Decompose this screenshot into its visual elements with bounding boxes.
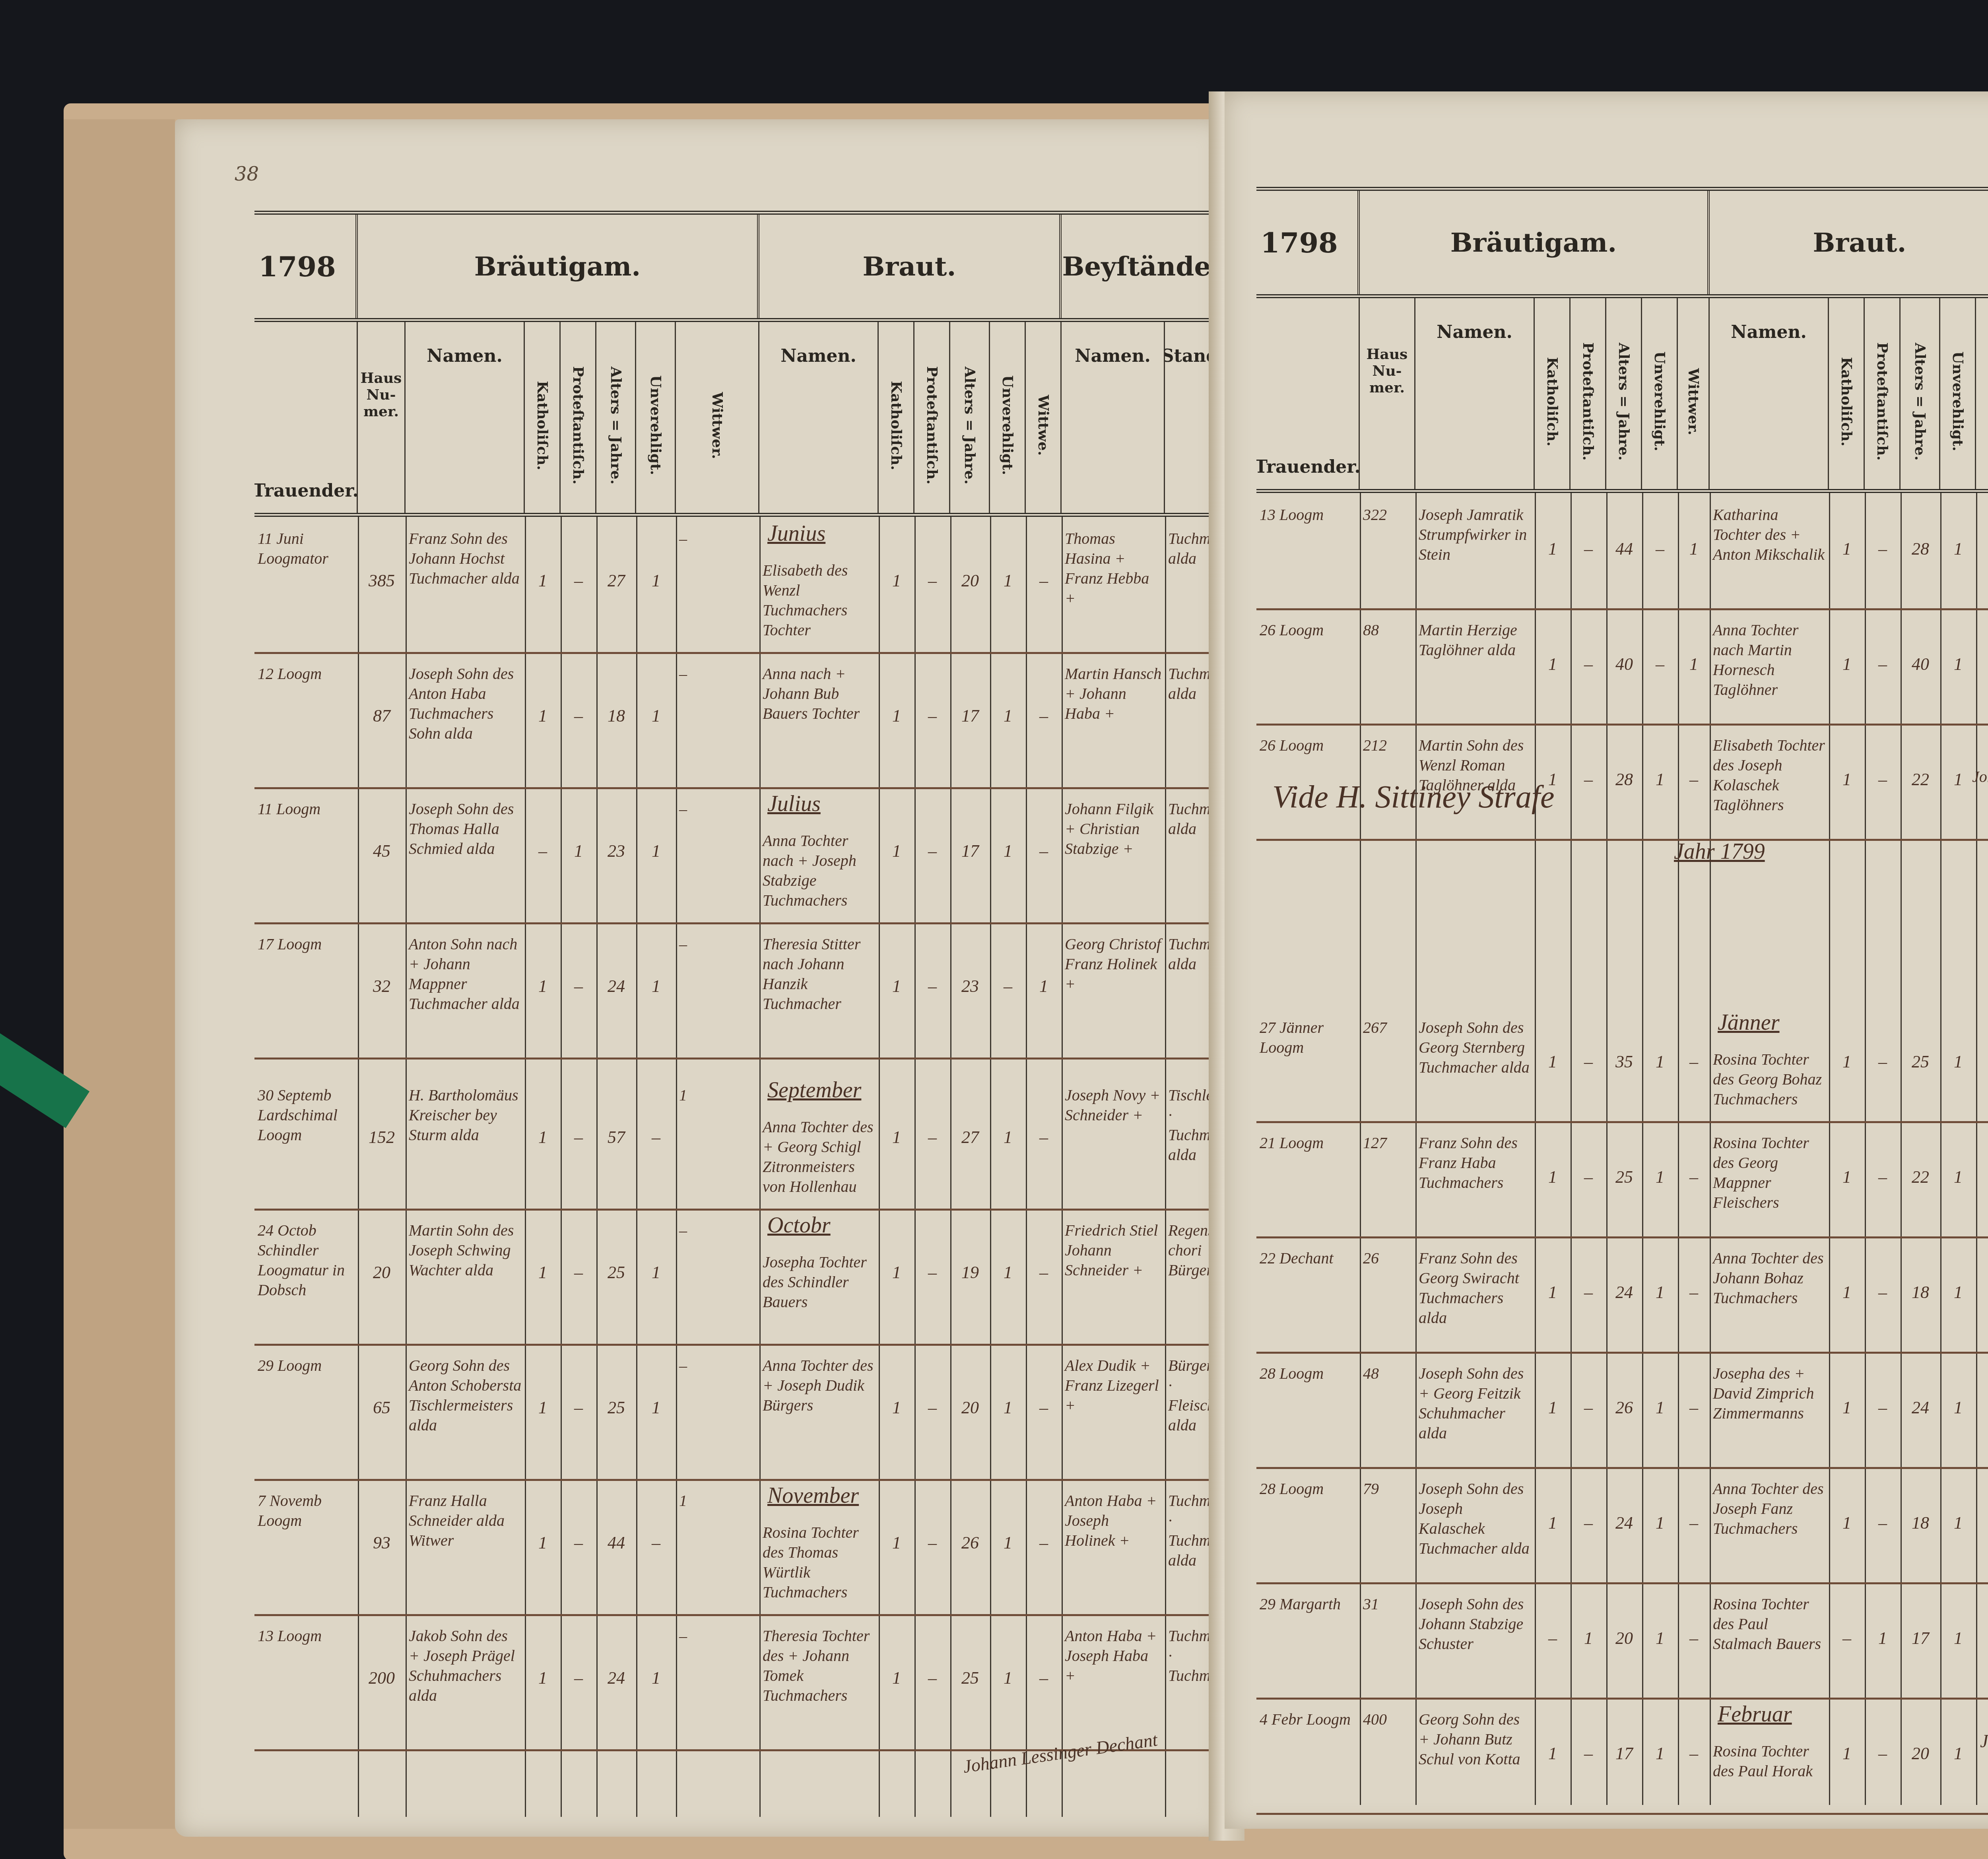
col-groom-widower: Wittwer. (676, 322, 759, 513)
col-bride-unmarried: Unverehligt. (1940, 298, 1976, 489)
entry-bride-widow: – (1979, 1283, 1988, 1302)
entry-groom-protestant: – (1574, 1744, 1603, 1764)
entry-bride-unmarried: 1 (993, 1398, 1023, 1418)
groom-header: Bräutigam. (1360, 191, 1710, 294)
signature-right: Johann Lessinger Dechant (1980, 1729, 1988, 1753)
entry-bride-age: 20 (953, 571, 987, 591)
table-row: 24 Octob Schindler Loogmatur in Dobsch20… (254, 1209, 1221, 1346)
entry-bride-protestant: – (918, 1127, 947, 1147)
entry-date: 30 Septemb Lardschimal Loogm (258, 1085, 355, 1145)
entry-groom-widower: 1 (1681, 654, 1706, 674)
entry-groom-protestant: – (564, 1533, 593, 1553)
col-groom-unmarried: Unverehligt. (1642, 298, 1678, 489)
entry-bride-name: Anna Tochter des + Georg Schigl Zitronme… (763, 1117, 876, 1197)
entry-bride-age: 23 (953, 976, 987, 996)
entry-date: 22 Dechant (1260, 1248, 1357, 1268)
month-heading: Februar (1718, 1702, 1792, 1727)
entry-bride-age: 27 (953, 1127, 987, 1147)
entry-bride-unmarried: 1 (1943, 539, 1973, 559)
entry-groom-age: 35 (1609, 1052, 1639, 1072)
entry-groom-catholic: 1 (528, 1398, 557, 1418)
month-heading: Octobr (767, 1213, 831, 1238)
entry-bride-widow: – (1979, 654, 1988, 674)
entry-groom-unmarried: 1 (639, 1668, 673, 1688)
entry-groom-widower: – (679, 529, 756, 549)
entry-house-number: 48 (1363, 1364, 1412, 1384)
entry-groom-unmarried: 1 (1645, 1283, 1675, 1302)
entry-groom-protestant: – (1574, 654, 1603, 674)
entry-groom-catholic: – (1538, 1628, 1567, 1648)
entry-bride-name: Anna Tochter des + Joseph Dudik Bürgers (763, 1356, 876, 1415)
witness-note: Johann Lessinger Dechant (1972, 767, 1988, 786)
entry-groom-protestant: – (564, 1398, 593, 1418)
entry-groom-name: Franz Sohn des Georg Swiracht Tuchmacher… (1419, 1248, 1532, 1328)
entry-groom-age: 23 (600, 841, 633, 861)
bride-header: Braut. (759, 215, 1062, 318)
entry-bride-protestant: – (918, 571, 947, 591)
entry-bride-unmarried: – (993, 976, 1023, 996)
entry-bride-catholic: 1 (1832, 770, 1862, 790)
entry-bride-unmarried: 1 (993, 1263, 1023, 1283)
entry-groom-catholic: 1 (528, 1127, 557, 1147)
entry-groom-catholic: 1 (528, 1263, 557, 1283)
entry-date: 13 Loogm (258, 1626, 355, 1646)
entry-bride-age: 19 (953, 1263, 987, 1283)
entry-witnesses: Anton Haba + Joseph Holinek + (1065, 1491, 1162, 1550)
entry-groom-age: 44 (600, 1533, 633, 1553)
entry-groom-age: 27 (600, 571, 633, 591)
entry-bride-name: Josepha Tochter des Schindler Bauers (763, 1252, 876, 1312)
entry-bride-name: Josepha des + David Zimprich Zimmermanns (1713, 1364, 1826, 1423)
entry-groom-name: H. Bartholomäus Kreischer bey Sturm alda (409, 1085, 522, 1145)
entry-bride-protestant: – (918, 1668, 947, 1688)
entry-date: 29 Margarth (1260, 1594, 1357, 1614)
entry-groom-catholic: 1 (1538, 1744, 1567, 1764)
entry-bride-widow: – (1029, 841, 1058, 861)
entry-bride-unmarried: 1 (1943, 1398, 1973, 1418)
subheader-row: Trauender. Haus Nu- mer. Namen. Katholiſ… (254, 322, 1221, 517)
entry-house-number: 88 (1363, 620, 1412, 640)
table-row: 26 Loogm88Martin Herzige Taglöhner alda1… (1256, 608, 1988, 726)
table-row: 11 Juni Loogmator385Franz Sohn des Johan… (254, 517, 1221, 654)
entry-groom-age: 24 (1609, 1283, 1639, 1302)
entry-groom-name: Joseph Sohn des Anton Haba Tuchmachers S… (409, 664, 522, 743)
entry-groom-unmarried: 1 (1645, 1628, 1675, 1648)
entry-groom-unmarried: 1 (1645, 1052, 1675, 1072)
entry-bride-catholic: 1 (882, 571, 911, 591)
entry-bride-widow: – (1979, 1052, 1988, 1072)
entry-groom-widower: – (1681, 1398, 1706, 1418)
register-body-right: 13 Loogm322Joseph Jamratik Strumpfwirker… (1256, 493, 1988, 1805)
entry-bride-name: Anna Tochter des Johann Bohaz Tuchmacher… (1713, 1248, 1826, 1308)
entry-date: 21 Loogm (1260, 1133, 1357, 1153)
col-groom-name: Namen. (406, 322, 525, 513)
entry-groom-widower: – (1681, 1744, 1706, 1764)
entry-groom-catholic: 1 (1538, 654, 1567, 674)
entry-bride-widow: – (1979, 539, 1988, 559)
entry-date: 11 Juni Loogmator (258, 529, 355, 569)
entry-bride-age: 40 (1904, 654, 1937, 674)
entry-bride-widow: – (1979, 1167, 1988, 1187)
groom-header: Bräutigam. (358, 215, 759, 318)
entry-groom-unmarried: 1 (639, 1398, 673, 1418)
entry-bride-widow: – (1979, 1513, 1988, 1533)
entry-groom-catholic: 1 (528, 976, 557, 996)
entry-groom-age: 25 (600, 1398, 633, 1418)
table-row: 22 Dechant26Franz Sohn des Georg Swirach… (1256, 1236, 1988, 1354)
entry-bride-age: 17 (953, 706, 987, 726)
entry-groom-name: Joseph Sohn des Joseph Kalaschek Tuchmac… (1419, 1479, 1532, 1558)
entry-bride-name: Anna Tochter nach + Joseph Stabzige Tuch… (763, 831, 876, 910)
entry-bride-protestant: – (918, 841, 947, 861)
entry-groom-widower: – (1681, 770, 1706, 790)
entry-bride-protestant: – (1868, 1398, 1897, 1418)
month-heading: September (767, 1077, 861, 1103)
table-row: 4 Febr Loogm400Georg Sohn des + Johann B… (1256, 1698, 1988, 1815)
entry-date: 17 Loogm (258, 934, 355, 954)
entry-bride-protestant: – (1868, 770, 1897, 790)
entry-groom-catholic: 1 (1538, 1398, 1567, 1418)
col-bride-catholic: Katholiſch. (879, 322, 914, 513)
entry-groom-widower: – (679, 1626, 756, 1646)
col-bride-protestant: Proteſtantiſch. (1865, 298, 1901, 489)
entry-groom-name: Joseph Sohn des Johann Stabzige Schuster (1419, 1594, 1532, 1654)
entry-house-number: 127 (1363, 1133, 1412, 1153)
year-label: 1798 (254, 215, 358, 318)
entry-groom-catholic: 1 (1538, 1283, 1567, 1302)
month-heading: Jänner (1718, 1010, 1780, 1035)
entry-bride-unmarried: 1 (1943, 1628, 1973, 1648)
col-groom-name: Namen. (1415, 298, 1535, 489)
entry-bride-age: 22 (1904, 770, 1937, 790)
entry-groom-name: Jakob Sohn des + Joseph Prägel Schuhmach… (409, 1626, 522, 1706)
entry-groom-widower: – (1681, 1052, 1706, 1072)
entry-date: 4 Febr Loogm (1260, 1710, 1357, 1729)
entry-bride-unmarried: 1 (993, 571, 1023, 591)
entry-bride-age: 20 (953, 1398, 987, 1418)
entry-bride-unmarried: 1 (993, 1533, 1023, 1553)
entry-bride-age: 26 (953, 1533, 987, 1553)
col-bride-age: Alters = Jahre. (1901, 298, 1940, 489)
entry-bride-name: Rosina Tochter des Paul Horak (1713, 1741, 1826, 1781)
entry-groom-catholic: 1 (528, 571, 557, 591)
entry-bride-widow: – (1029, 1398, 1058, 1418)
entry-groom-age: 20 (1609, 1628, 1639, 1648)
entry-groom-age: 25 (600, 1263, 633, 1283)
entry-bride-name: Anna nach + Johann Bub Bauers Tochter (763, 664, 876, 724)
entry-bride-protestant: – (918, 706, 947, 726)
entry-bride-age: 18 (1904, 1283, 1937, 1302)
entry-bride-catholic: 1 (1832, 1744, 1862, 1764)
entry-bride-age: 25 (1904, 1052, 1937, 1072)
entry-bride-unmarried: 1 (1943, 1744, 1973, 1764)
page-number-left: 38 (235, 163, 259, 185)
entry-house-number: 31 (1363, 1594, 1412, 1614)
register-table-left: 1798 Bräutigam. Braut. Beyſtände. Trauen… (254, 211, 1221, 1817)
entry-house-number: 79 (1363, 1479, 1412, 1499)
entry-groom-widower: – (679, 664, 756, 684)
entry-groom-widower: – (1681, 1628, 1706, 1648)
entry-date: 27 Jänner Loogm (1260, 1018, 1357, 1058)
entry-bride-unmarried: 1 (1943, 1167, 1973, 1187)
entry-witnesses: Johann Filgik + Christian Stabzige + (1065, 799, 1162, 859)
entry-bride-unmarried: 1 (1943, 1513, 1973, 1533)
header-row: 1798 Bräutigam. Braut. Beyſtände. (1256, 191, 1988, 298)
table-row: 21 Loogm127Franz Sohn des Franz Haba Tuc… (1256, 1121, 1988, 1238)
entry-groom-age: 24 (1609, 1513, 1639, 1533)
entry-groom-unmarried: 1 (1645, 1513, 1675, 1533)
entry-bride-catholic: 1 (1832, 1283, 1862, 1302)
entry-house-number: 400 (1363, 1710, 1412, 1729)
entry-date: 13 Loogm (1260, 505, 1357, 525)
entry-groom-widower: – (1681, 1167, 1706, 1187)
subheader-row: Trauender. Haus Nu- mer. Namen. Katholiſ… (1256, 298, 1988, 493)
table-row: 29 Margarth31Joseph Sohn des Johann Stab… (1256, 1582, 1988, 1700)
entry-groom-widower: – (1681, 1513, 1706, 1533)
year-label: 1798 (1256, 191, 1360, 294)
col-bride-name: Namen. (1710, 298, 1829, 489)
month-heading: Julius (767, 791, 821, 817)
entry-bride-widow: – (1979, 1398, 1988, 1418)
table-row: 11 Loogm45Joseph Sohn des Thomas Halla S… (254, 787, 1221, 924)
entry-bride-widow: – (1029, 1533, 1058, 1553)
entry-bride-unmarried: 1 (993, 841, 1023, 861)
register-body-left: 11 Juni Loogmator385Franz Sohn des Johan… (254, 517, 1221, 1817)
col-bride-widow: Wittwe. (1026, 322, 1062, 513)
entry-bride-protestant: – (1868, 1513, 1897, 1533)
entry-bride-unmarried: 1 (1943, 770, 1973, 790)
entry-groom-catholic: 1 (528, 1533, 557, 1553)
entry-house-number: 93 (361, 1533, 402, 1553)
entry-groom-unmarried: 1 (639, 976, 673, 996)
entry-bride-catholic: 1 (1832, 1052, 1862, 1072)
entry-groom-unmarried: 1 (1645, 1398, 1675, 1418)
table-row: 30 Septemb Lardschimal Loogm152H. Bartho… (254, 1073, 1221, 1211)
entry-bride-unmarried: 1 (993, 1127, 1023, 1147)
entry-bride-protestant: – (1868, 1283, 1897, 1302)
entry-bride-widow: – (1029, 1668, 1058, 1688)
entry-house-number: 212 (1363, 735, 1412, 755)
entry-groom-protestant: – (1574, 1167, 1603, 1187)
entry-groom-catholic: 1 (1538, 1052, 1567, 1072)
entry-witnesses: Thomas Hasina + Franz Hebba + (1065, 529, 1162, 608)
entry-witnesses: Martin Hansch + Johann Haba + (1065, 664, 1162, 724)
col-groom-age: Alters = Jahre. (1606, 298, 1642, 489)
entry-bride-name: Katharina Tochter des + Anton Mikschalik (1713, 505, 1826, 565)
entry-house-number: 45 (361, 841, 402, 861)
entry-bride-catholic: 1 (882, 1668, 911, 1688)
entry-bride-widow: – (1029, 571, 1058, 591)
entry-bride-age: 22 (1904, 1167, 1937, 1187)
table-row: 12 Loogm87Joseph Sohn des Anton Haba Tuc… (254, 652, 1221, 789)
year-break-note: Jahr 1799 (1674, 839, 1765, 864)
entry-groom-protestant: – (1574, 1283, 1603, 1302)
entry-groom-age: 24 (600, 976, 633, 996)
entry-bride-catholic: 1 (882, 976, 911, 996)
entry-witnesses: Friedrich Stiel Johann Schneider + (1065, 1221, 1162, 1280)
entry-witnesses: Alex Dudik + Franz Lizegerl + (1065, 1356, 1162, 1415)
entry-groom-name: Joseph Sohn des Georg Sternberg Tuchmach… (1419, 1018, 1532, 1077)
entry-bride-catholic: 1 (882, 706, 911, 726)
entry-date: 11 Loogm (258, 799, 355, 819)
table-row: 28 Loogm79Joseph Sohn des Joseph Kalasch… (1256, 1467, 1988, 1584)
entry-witnesses: Georg Christof Franz Holinek + (1065, 934, 1162, 994)
entry-bride-name: Rosina Tochter des Georg Bohaz Tuchmache… (1713, 1050, 1826, 1109)
entry-bride-catholic: 1 (882, 1127, 911, 1147)
entry-bride-age: 20 (1904, 1744, 1937, 1764)
entry-bride-name: Anna Tochter nach Martin Hornesch Taglöh… (1713, 620, 1826, 700)
entry-bride-catholic: 1 (1832, 1398, 1862, 1418)
left-page: 38 1798 Bräutigam. Braut. Beyſtände. Tra… (175, 119, 1225, 1837)
entry-groom-widower: 1 (1681, 539, 1706, 559)
entry-house-number: 200 (361, 1668, 402, 1688)
entry-groom-protestant: – (564, 1668, 593, 1688)
entry-bride-catholic: 1 (882, 841, 911, 861)
entry-bride-catholic: 1 (1832, 1167, 1862, 1187)
col-date: Trauender. (1256, 298, 1360, 489)
col-groom-catholic: Katholiſch. (525, 322, 561, 513)
entry-bride-name: Elisabeth des Wenzl Tuchmachers Tochter (763, 561, 876, 640)
entry-bride-protestant: – (918, 1263, 947, 1283)
entry-date: 29 Loogm (258, 1356, 355, 1376)
col-house: Haus Nu- mer. (1360, 298, 1415, 489)
entry-groom-age: 18 (600, 706, 633, 726)
entry-groom-name: Franz Sohn des Franz Haba Tuchmachers (1419, 1133, 1532, 1193)
entry-groom-age: 25 (1609, 1167, 1639, 1187)
table-row: 27 Jänner Loogm267Joseph Sohn des Georg … (1256, 1006, 1988, 1123)
entry-groom-age: 17 (1609, 1744, 1639, 1764)
entry-bride-widow: – (1029, 1127, 1058, 1147)
header-row: 1798 Bräutigam. Braut. Beyſtände. (254, 215, 1221, 322)
entry-bride-protestant: – (1868, 539, 1897, 559)
entry-bride-unmarried: 1 (993, 1668, 1023, 1688)
entry-bride-age: 17 (1904, 1628, 1937, 1648)
entry-bride-protestant: – (918, 1533, 947, 1553)
entry-bride-protestant: – (1868, 654, 1897, 674)
entry-bride-name: Rosina Tochter des Thomas Würtlik Tuchma… (763, 1523, 876, 1602)
entry-bride-widow: – (1979, 1628, 1988, 1648)
entry-groom-name: Georg Sohn des + Johann Butz Schul von K… (1419, 1710, 1532, 1769)
entry-house-number: 32 (361, 976, 402, 996)
entry-date: 26 Loogm (1260, 620, 1357, 640)
col-groom-age: Alters = Jahre. (596, 322, 636, 513)
entry-bride-protestant: – (1868, 1167, 1897, 1187)
entry-groom-unmarried: 1 (1645, 1167, 1675, 1187)
entry-bride-protestant: – (1868, 1052, 1897, 1072)
col-bride-age: Alters = Jahre. (950, 322, 990, 513)
entry-groom-catholic: 1 (528, 706, 557, 726)
entry-witnesses: Anton Haba + Joseph Haba + (1065, 1626, 1162, 1686)
entry-groom-name: Martin Herzige Taglöhner alda (1419, 620, 1532, 660)
entry-groom-protestant: – (1574, 1052, 1603, 1072)
entry-bride-name: Anna Tochter des Joseph Fanz Tuchmachers (1713, 1479, 1826, 1539)
col-groom-catholic: Katholiſch. (1535, 298, 1571, 489)
entry-groom-age: 26 (1609, 1398, 1639, 1418)
entry-bride-unmarried: 1 (1943, 1052, 1973, 1072)
table-row: 7 Novemb Loogm93Franz Halla Schneider al… (254, 1479, 1221, 1616)
entry-groom-widower: – (1681, 1283, 1706, 1302)
entry-date: 28 Loogm (1260, 1479, 1357, 1499)
month-heading: November (767, 1483, 859, 1508)
entry-groom-age: 40 (1609, 654, 1639, 674)
entry-bride-protestant: – (1868, 1744, 1897, 1764)
entry-bride-widow: 1 (1029, 976, 1058, 996)
col-groom-protestant: Proteſtantiſch. (1571, 298, 1606, 489)
entry-groom-unmarried: 1 (639, 841, 673, 861)
entry-bride-age: 24 (1904, 1398, 1937, 1418)
entry-house-number: 20 (361, 1263, 402, 1283)
table-row: 28 Loogm48Joseph Sohn des + Georg Feitzi… (1256, 1352, 1988, 1469)
table-row: 13 Loogm200Jakob Sohn des + Joseph Präge… (254, 1614, 1221, 1751)
entry-groom-name: Georg Sohn des Anton Schobersta Tischler… (409, 1356, 522, 1435)
month-heading: Junius (767, 521, 825, 546)
entry-groom-widower: 1 (679, 1491, 756, 1511)
entry-groom-protestant: – (1574, 1513, 1603, 1533)
col-bride-widow: Wittwe. (1976, 298, 1988, 489)
entry-date: 12 Loogm (258, 664, 355, 684)
entry-groom-widower: 1 (679, 1085, 756, 1105)
entry-bride-age: 17 (953, 841, 987, 861)
right-page: 39 1798 Bräutigam. Braut. Beyſtände. Tra… (1225, 91, 1988, 1829)
entry-groom-unmarried: 1 (1645, 1744, 1675, 1764)
col-bride-name: Namen. (759, 322, 879, 513)
entry-groom-unmarried: 1 (1645, 770, 1675, 790)
entry-bride-catholic: 1 (882, 1398, 911, 1418)
col-date: Trauender. (254, 322, 358, 513)
entry-groom-unmarried: 1 (639, 706, 673, 726)
entry-witnesses: Joseph Novy + Schneider + (1065, 1085, 1162, 1125)
entry-groom-name: Joseph Sohn des Thomas Halla Schmied ald… (409, 799, 522, 859)
entry-date: 7 Novemb Loogm (258, 1491, 355, 1531)
entry-bride-protestant: 1 (1868, 1628, 1897, 1648)
entry-bride-name: Elisabeth Tochter des Joseph Kolaschek T… (1713, 735, 1826, 815)
entry-bride-catholic: 1 (1832, 654, 1862, 674)
entry-groom-name: Joseph Sohn des + Georg Feitzik Schuhmac… (1419, 1364, 1532, 1443)
col-house: Haus Nu- mer. (358, 322, 406, 513)
entry-bride-unmarried: 1 (1943, 654, 1973, 674)
entry-bride-widow: – (1029, 1263, 1058, 1283)
entry-groom-protestant: 1 (564, 841, 593, 861)
entry-date: 28 Loogm (1260, 1364, 1357, 1384)
col-bride-catholic: Katholiſch. (1829, 298, 1865, 489)
entry-groom-protestant: 1 (1574, 1628, 1603, 1648)
entry-bride-name: Theresia Stitter nach Johann Hanzik Tuch… (763, 934, 876, 1014)
bride-header: Braut. (1710, 191, 1988, 294)
table-row: 17 Loogm32Anton Sohn nach + Johann Mappn… (254, 922, 1221, 1060)
entry-house-number: 65 (361, 1398, 402, 1418)
entry-bride-unmarried: 1 (1943, 1283, 1973, 1302)
entry-bride-widow: – (1029, 706, 1058, 726)
entry-bride-catholic: 1 (882, 1263, 911, 1283)
entry-groom-name: Anton Sohn nach + Johann Mappner Tuchmac… (409, 934, 522, 1014)
vide-note: Vide H. Sittiney Strafe (1272, 779, 1554, 815)
entry-groom-unmarried: 1 (639, 571, 673, 591)
entry-groom-protestant: – (564, 1127, 593, 1147)
register-table-right: 1798 Bräutigam. Braut. Beyſtände. Trauen… (1256, 187, 1988, 1805)
entry-groom-widower: – (679, 1221, 756, 1240)
entry-groom-name: Joseph Jamratik Strumpfwirker in Stein (1419, 505, 1532, 565)
entry-groom-age: 24 (600, 1668, 633, 1688)
entry-bride-catholic: – (1832, 1628, 1862, 1648)
entry-bride-age: 25 (953, 1668, 987, 1688)
entry-groom-protestant: – (564, 1263, 593, 1283)
entry-bride-unmarried: 1 (993, 706, 1023, 726)
table-row: 29 Loogm65Georg Sohn des Anton Schoberst… (254, 1344, 1221, 1481)
entry-bride-name: Theresia Tochter des + Johann Tomek Tuch… (763, 1626, 876, 1706)
entry-bride-catholic: 1 (1832, 1513, 1862, 1533)
col-groom-unmarried: Unverehligt. (636, 322, 676, 513)
book-spine-edge (64, 119, 175, 1829)
